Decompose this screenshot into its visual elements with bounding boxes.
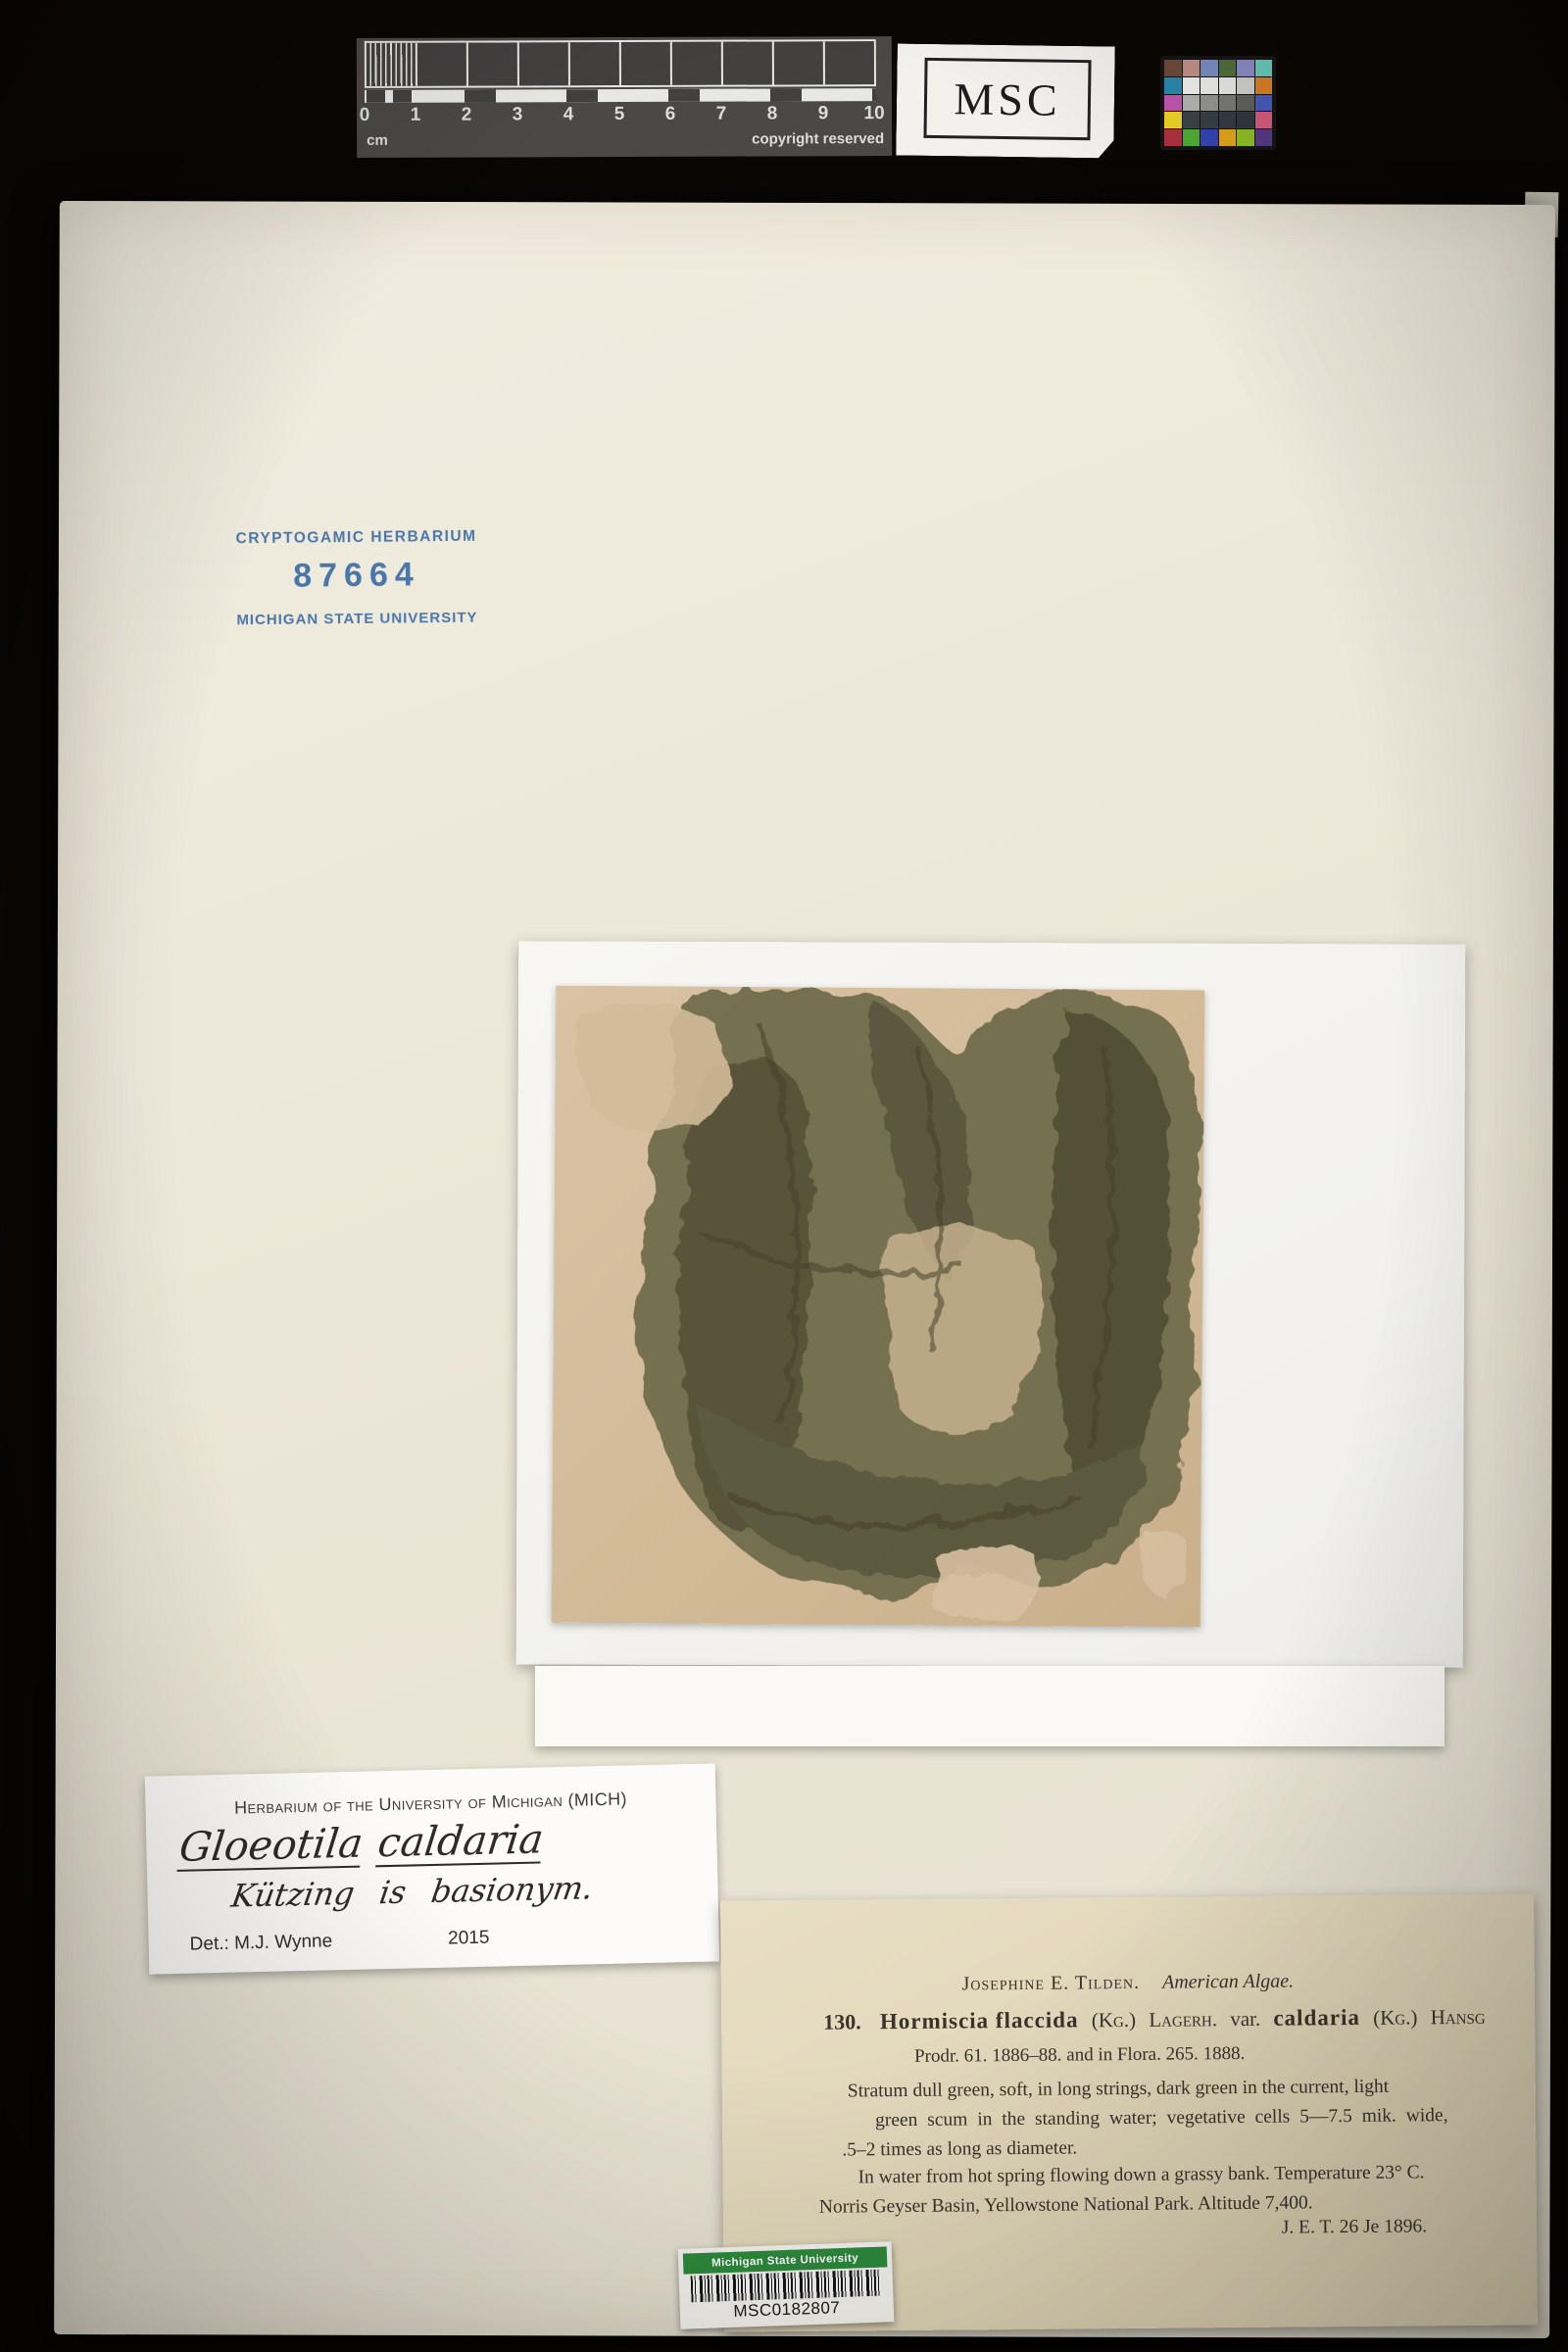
ruler-cm-cell — [568, 42, 619, 85]
stamp-university-line: MICHIGAN STATE UNIVERSITY — [231, 610, 482, 629]
msc-text: MSC — [954, 73, 1061, 126]
handwritten-note: Kützing is basionym. — [229, 1866, 721, 1914]
author-abbrev-2: Lagerh. — [1149, 2007, 1217, 2032]
color-patch — [1255, 129, 1273, 146]
ruler-number: 5 — [614, 102, 625, 127]
ruler-number: 3 — [513, 102, 523, 127]
stamp-institution-line: CRYPTOGAMIC HERBARIUM — [230, 528, 481, 549]
ruler-unit-label: cm — [367, 131, 388, 148]
color-patch — [1164, 112, 1182, 128]
color-patch — [1219, 77, 1237, 94]
color-patch — [1255, 95, 1273, 112]
determination-label: Herbarium of the University of Michigan … — [145, 1763, 719, 1974]
specimen-mount-strip — [535, 1666, 1445, 1746]
collector-and-date: J. E. T. 26 Je 1896. — [1282, 2216, 1427, 2238]
color-patch — [1237, 77, 1254, 94]
variety-name: caldaria — [1273, 2005, 1360, 2031]
color-calibration-chart — [1160, 56, 1276, 150]
color-patch — [1255, 77, 1273, 94]
ruler-half-block — [365, 90, 387, 103]
color-patch — [1219, 95, 1237, 112]
color-patch — [1164, 77, 1182, 94]
color-patch — [1200, 77, 1218, 94]
ruler-cm-cell — [721, 41, 772, 84]
ruler-numbers: 012345678910 — [357, 101, 892, 128]
accession-stamp: CRYPTOGAMIC HERBARIUM 87664 MICHIGAN STA… — [230, 528, 482, 629]
ruler-number: 8 — [767, 101, 778, 126]
determination-year: 2015 — [448, 1928, 490, 1950]
ruler-cm-cell — [466, 42, 517, 85]
ruler-number: 1 — [411, 103, 421, 128]
scale-bar: 012345678910 cm copyright reserved — [357, 36, 892, 158]
handwritten-species-name: Gloeotilacaldaria — [177, 1811, 720, 1871]
color-patch — [1219, 60, 1237, 76]
ruler-cm-cell — [670, 42, 721, 85]
barcode-label: Michigan State University MSC0182807 — [678, 2241, 895, 2329]
color-patch — [1164, 95, 1182, 112]
description-line: green scum in the standing water; vegeta… — [875, 2100, 1536, 2135]
color-patch — [1164, 60, 1182, 76]
species-name: Hormiscia flaccida — [880, 2007, 1079, 2033]
color-patch — [1237, 129, 1254, 146]
label-number: 130. — [823, 2009, 861, 2033]
color-patch — [1237, 95, 1254, 112]
stamp-accession-number: 87664 — [231, 556, 482, 597]
ruler-number: 6 — [665, 102, 676, 127]
color-patch — [1200, 60, 1218, 76]
variety-word: var. — [1230, 2007, 1260, 2031]
species-epithet: caldaria — [375, 1815, 546, 1866]
msc-tag: MSC — [896, 43, 1115, 158]
color-patch — [1219, 129, 1237, 146]
determination-row: Det.: M.J. Wynne 2015 — [189, 1928, 489, 1956]
ruler-half-block — [870, 88, 876, 101]
color-patch — [1200, 112, 1218, 128]
species-genus: Gloeotila — [177, 1820, 366, 1871]
label-heading: Josephine E. Tilden. American Algae. — [721, 1968, 1535, 1997]
color-patch — [1183, 129, 1200, 146]
ruler-number: 10 — [863, 101, 884, 126]
label-citation: Prodr. 61. 1886–88. and in Flora. 265. 1… — [721, 2041, 1438, 2069]
msc-box: MSC — [923, 58, 1091, 140]
ruler-half-block — [391, 90, 414, 103]
ruler-number: 7 — [716, 102, 727, 127]
algae-specimen-illustration — [552, 986, 1205, 1628]
color-patch — [1255, 60, 1273, 76]
color-patch — [1164, 129, 1182, 146]
ruler-half-block — [564, 89, 600, 102]
ruler-number: 0 — [360, 103, 370, 128]
color-patch — [1255, 112, 1273, 128]
author-abbrev-1: (Kg.) — [1092, 2008, 1136, 2032]
ruler-half-block — [768, 88, 804, 101]
color-patch — [1200, 129, 1218, 146]
herbarium-photo: { "photo": { "background_color": "#0a070… — [0, 0, 1568, 2352]
ruler-cm-cell — [367, 43, 416, 86]
ruler-number: 9 — [818, 101, 829, 126]
color-patch — [1237, 60, 1254, 76]
specimen-paper — [552, 986, 1205, 1628]
color-patch — [1183, 95, 1200, 112]
color-patch — [1183, 77, 1200, 94]
color-patch — [1219, 112, 1237, 128]
variety-author-2: Hansg — [1431, 2005, 1486, 2029]
ruler-cm-cell — [772, 41, 823, 84]
color-patch — [1237, 112, 1254, 128]
habitat-line: Norris Geyser Basin, Yellowstone Nationa… — [819, 2186, 1537, 2222]
ruler-number: 2 — [462, 103, 472, 128]
ruler-half-block — [463, 89, 498, 102]
ruler-cm-cell — [517, 42, 568, 85]
series-title: American Algae. — [1162, 1971, 1294, 1993]
ruler-pattern — [365, 39, 876, 88]
ruler-number: 4 — [563, 102, 574, 127]
ruler-cm-cell — [823, 41, 874, 84]
label-habitat-lines: In water from hot spring flowing down a … — [722, 2157, 1536, 2223]
ruler-half-block — [666, 89, 702, 102]
color-patch — [1200, 95, 1218, 112]
series-author: Josephine E. Tilden. — [961, 1972, 1140, 1995]
variety-author-1: (Kg.) — [1373, 2005, 1417, 2029]
label-description-lines: Stratum dull green, soft, in long string… — [722, 2071, 1537, 2166]
ruler-cm-cell — [619, 42, 670, 85]
color-patch — [1183, 60, 1200, 76]
ruler-copyright-label: copyright reserved — [752, 130, 884, 147]
determined-by: Det.: M.J. Wynne — [189, 1931, 332, 1955]
ruler-bottom-row: cm copyright reserved — [367, 126, 884, 152]
ruler-cm-cell — [416, 43, 466, 86]
color-patch — [1183, 112, 1200, 128]
label-species-line: 130. Hormiscia flaccida (Kg.) Lagerh. va… — [823, 2003, 1529, 2034]
